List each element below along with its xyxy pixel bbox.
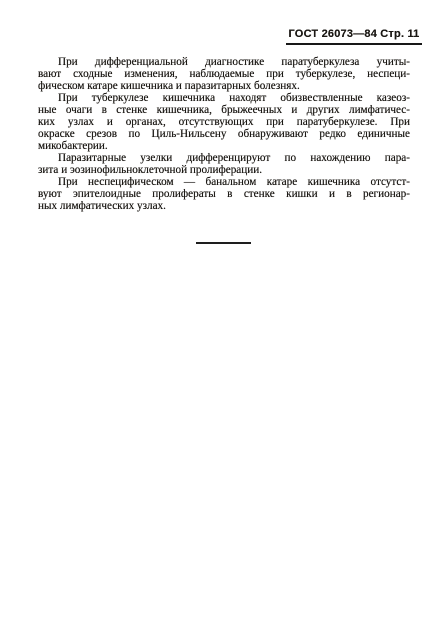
text-line: вуют эпителоидные пролифераты в стенке к… xyxy=(38,188,410,200)
text-line: микобактерии. xyxy=(38,140,410,152)
section-divider xyxy=(196,242,251,244)
text-line: ких узлах и органах, отсутствующих при п… xyxy=(38,116,410,128)
paragraph: Паразитарные узелки дифференцируют по на… xyxy=(38,152,410,176)
paragraph: При дифференциальной диагностике паратуб… xyxy=(38,56,410,92)
text-line: ных лимфатических узлах. xyxy=(38,200,410,212)
paragraph: При туберкулезе кишечника находят обизве… xyxy=(38,92,410,152)
text-line: При туберкулезе кишечника находят обизве… xyxy=(38,92,410,104)
text-line: фическом катаре кишечника и паразитарных… xyxy=(38,80,410,92)
text-line: Паразитарные узелки дифференцируют по на… xyxy=(38,152,410,164)
text-line: зита и эозинофильноклеточной пролифераци… xyxy=(38,164,410,176)
page-header: ГОСТ 26073—84 Стр. 11 xyxy=(286,28,422,45)
text-line: При дифференциальной диагностике паратуб… xyxy=(38,56,410,68)
document-page: ГОСТ 26073—84 Стр. 11 При дифференциальн… xyxy=(0,0,427,637)
paragraph: При неспецифическом — банальном катаре к… xyxy=(38,176,410,212)
text-line: окраске срезов по Циль-Нильсену обнаружи… xyxy=(38,128,410,140)
header-label: ГОСТ 26073—84 Стр. 11 xyxy=(289,28,420,40)
document-body: При дифференциальной диагностике паратуб… xyxy=(38,56,410,212)
text-line: вают сходные изменения, наблюдаемые при … xyxy=(38,68,410,80)
text-line: При неспецифическом — банальном катаре к… xyxy=(38,176,410,188)
text-line: ные очаги в стенке кишечника, брыжеечных… xyxy=(38,104,410,116)
